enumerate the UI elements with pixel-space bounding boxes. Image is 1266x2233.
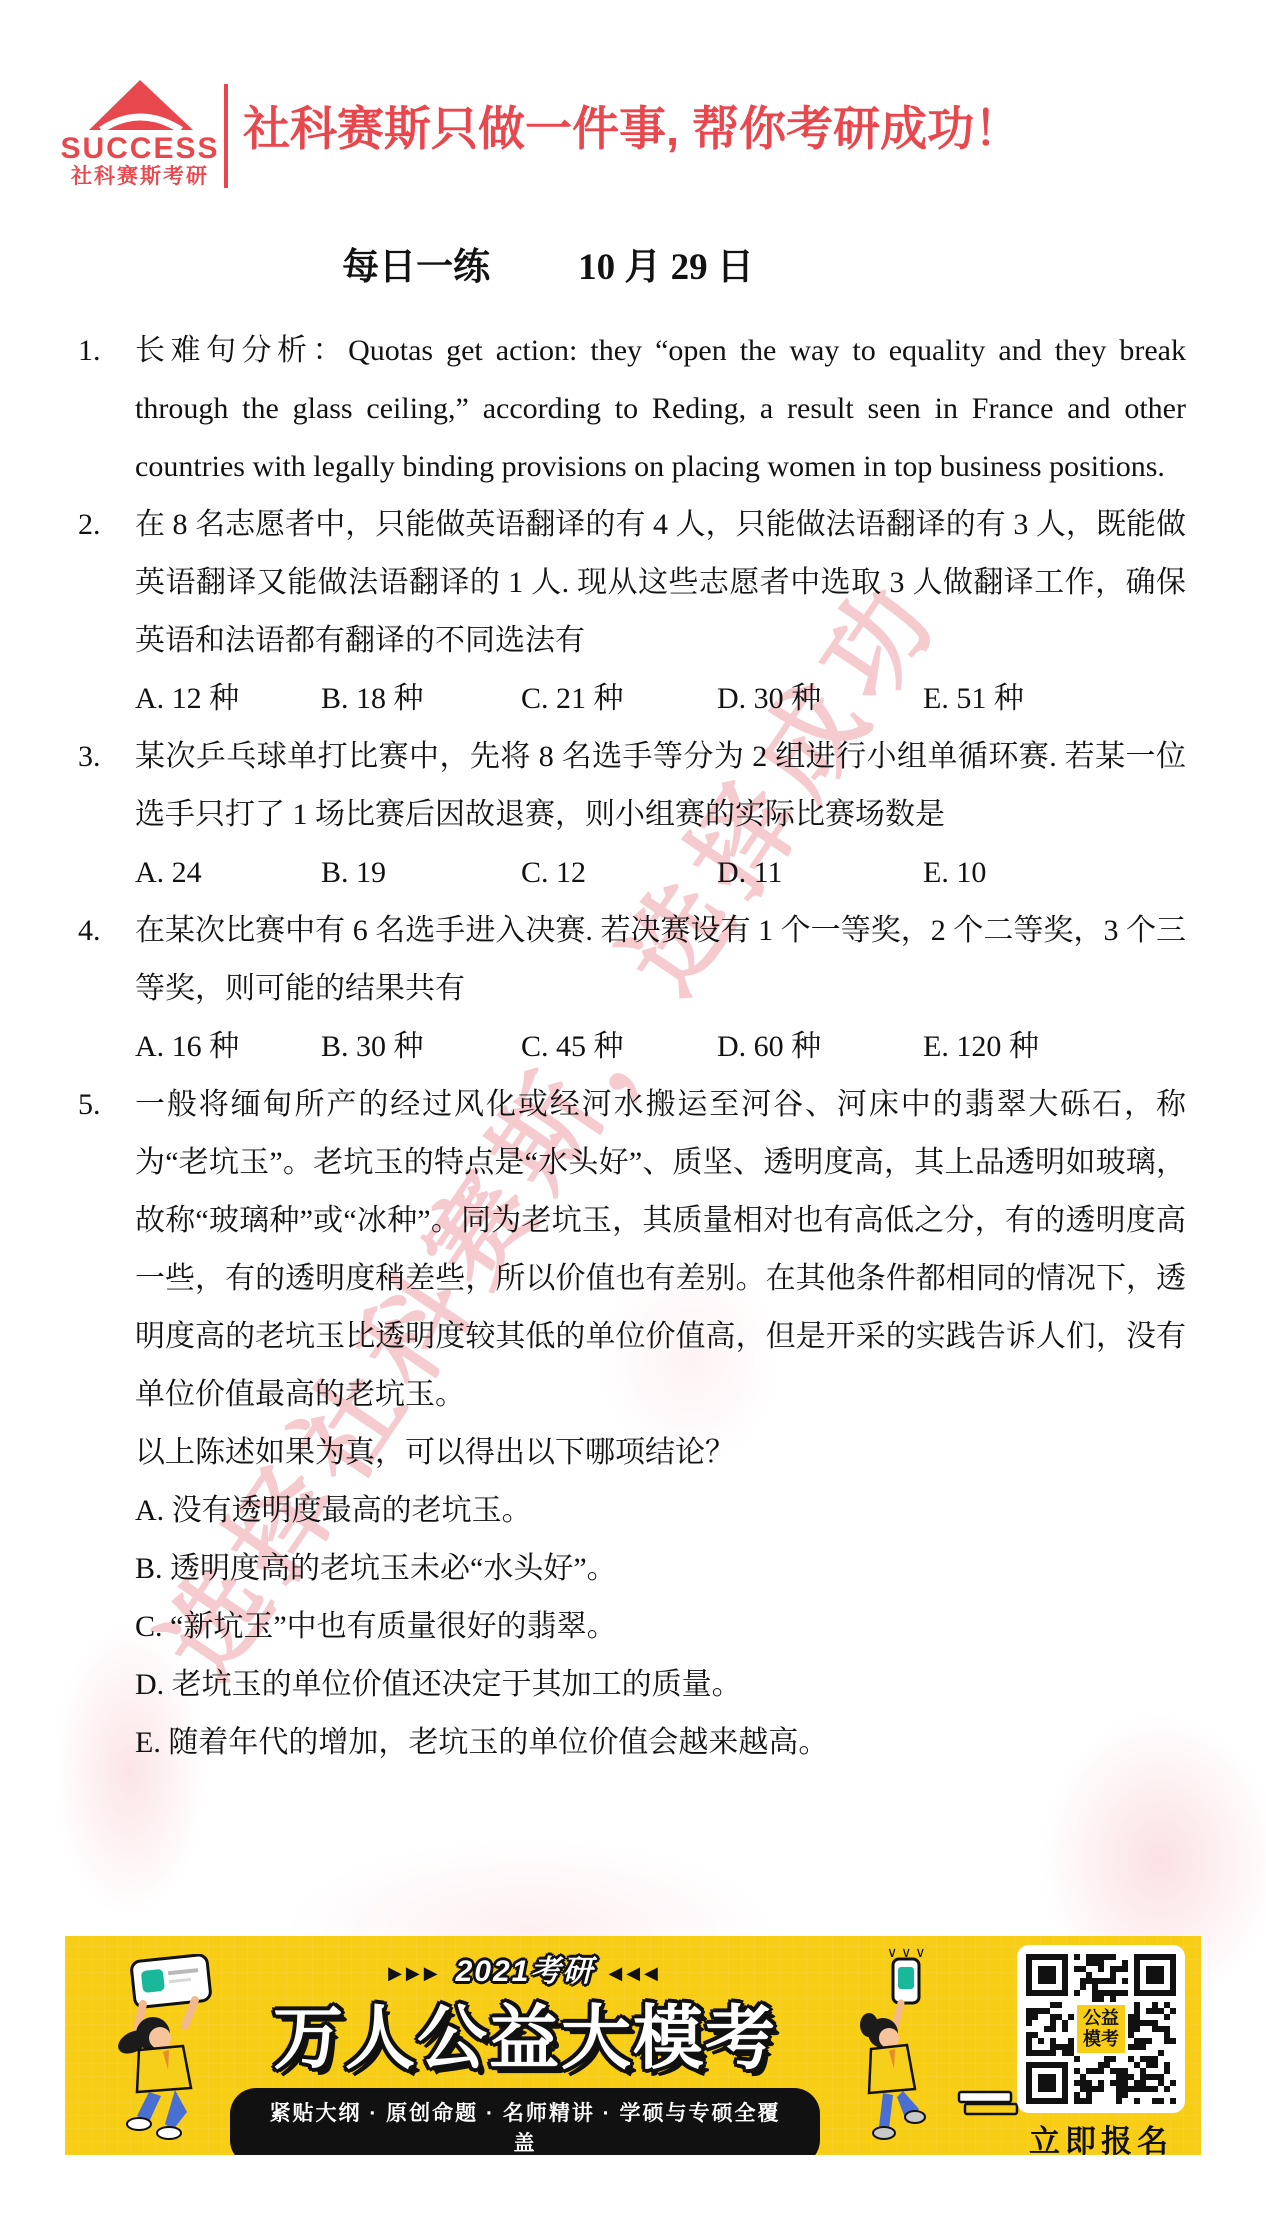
jumping-girl-illustration — [87, 1954, 237, 2140]
question-text: 在某次比赛中有 6 名选手进入决赛. 若决赛设有 1 个一等奖，2 个二等奖，3… — [135, 902, 1186, 1018]
banner-year-text: 2021考研 — [456, 1955, 595, 1988]
option-c: C. 21 种 — [521, 670, 717, 728]
banner-headline: 万人公益大模考 — [230, 1996, 820, 2080]
arrows-right-icon: ▶▶▶ — [374, 1963, 456, 1983]
banner-text-column: ▶▶▶2021考研◀◀◀ 万人公益大模考 紧贴大纲 · 原创命题 · 名师精讲 … — [230, 1946, 820, 2155]
page-title: 每日一练 10 月 29 日 — [0, 236, 1181, 290]
qr-label-line1: 公益 — [1083, 2008, 1119, 2029]
question-number: 3. — [78, 728, 135, 902]
page-title-date: 10 月 29 日 — [578, 236, 754, 290]
question-number: 2. — [78, 496, 135, 728]
options-row: A. 24 B. 19 C. 12 D. 11 E. 10 — [135, 844, 1186, 902]
question-3: 3. 某次乒乓球单打比赛中，先将 8 名选手等分为 2 组进行小组单循环赛. 若… — [78, 728, 1186, 902]
option-c: C. “新坑玉”中也有质量很好的翡翠。 — [135, 1598, 1186, 1656]
options-row: A. 12 种 B. 18 种 C. 21 种 D. 30 种 E. 51 种 — [135, 670, 1186, 728]
promo-banner-ad[interactable]: ▶▶▶2021考研◀◀◀ 万人公益大模考 紧贴大纲 · 原创命题 · 名师精讲 … — [65, 1936, 1201, 2155]
arrows-left-icon: ◀◀◀ — [594, 1963, 676, 1983]
option-a: A. 24 — [135, 844, 321, 902]
brand-logo: SUCCESS 社科赛斯考研 — [60, 74, 220, 190]
option-a: A. 12 种 — [135, 670, 321, 728]
options-row: A. 16 种 B. 30 种 C. 45 种 D. 60 种 E. 120 种 — [135, 1018, 1186, 1076]
banner-year-label: ▶▶▶2021考研◀◀◀ — [230, 1946, 820, 1990]
option-d: D. 老坑玉的单位价值还决定于其加工的质量。 — [135, 1656, 1186, 1714]
qr-label-line2: 模考 — [1083, 2029, 1119, 2050]
option-d: D. 30 种 — [717, 670, 923, 728]
option-d: D. 60 种 — [717, 1018, 923, 1076]
option-e: E. 120 种 — [923, 1018, 1186, 1076]
question-list: 1. 长难句分析：Quotas get action: they “open t… — [78, 322, 1186, 1772]
header-slogan: 社科赛斯只做一件事, 帮你考研成功！ — [243, 100, 1223, 158]
option-c: C. 12 — [521, 844, 717, 902]
page-title-left: 每日一练 — [342, 236, 490, 290]
question-number: 4. — [78, 902, 135, 1076]
question-text: 在 8 名志愿者中，只能做英语翻译的有 4 人，只能做法语翻译的有 3 人，既能… — [135, 496, 1186, 670]
books-illustration — [953, 2088, 1023, 2122]
phone-person-illustration: ∨ ∨ ∨ — [835, 1941, 965, 2141]
question-number: 5. — [78, 1076, 135, 1772]
header-divider — [224, 84, 228, 188]
question-text: 长难句分析：Quotas get action: they “open the … — [135, 322, 1186, 496]
banner-feature-pill: 紧贴大纲 · 原创命题 · 名师精讲 · 学硕与专硕全覆盖 — [230, 2088, 820, 2155]
question-5: 5. 一般将缅甸所产的经过风化或经河水搬运至河谷、河床中的翡翠大砾石，称为“老坑… — [78, 1076, 1186, 1772]
option-d: D. 11 — [717, 844, 923, 902]
option-e: E. 随着年代的增加，老坑玉的单位价值会越来越高。 — [135, 1714, 1186, 1772]
option-e: E. 51 种 — [923, 670, 1186, 728]
qr-center-label: 公益 模考 — [1077, 2005, 1125, 2053]
option-b: B. 透明度高的老坑玉未必“水头好”。 — [135, 1540, 1186, 1598]
question-1: 1. 长难句分析：Quotas get action: they “open t… — [78, 322, 1186, 496]
question-prompt: 以上陈述如果为真，可以得出以下哪项结论？ — [135, 1424, 1186, 1482]
brand-name: SUCCESS — [60, 134, 220, 164]
option-b: B. 19 — [321, 844, 521, 902]
qr-code[interactable]: 公益 模考 — [1017, 1945, 1185, 2113]
option-c: C. 45 种 — [521, 1018, 717, 1076]
question-number: 1. — [78, 322, 135, 496]
option-b: B. 18 种 — [321, 670, 521, 728]
question-4: 4. 在某次比赛中有 6 名选手进入决赛. 若决赛设有 1 个一等奖，2 个二等… — [78, 902, 1186, 1076]
brand-subtitle: 社科赛斯考研 — [60, 164, 220, 190]
question-text: 一般将缅甸所产的经过风化或经河水搬运至河谷、河床中的翡翠大砾石，称为“老坑玉”。… — [135, 1076, 1186, 1424]
signup-cta-button[interactable]: 立即报名 — [1017, 2116, 1185, 2155]
option-b: B. 30 种 — [321, 1018, 521, 1076]
document-page: SUCCESS 社科赛斯考研 社科赛斯只做一件事, 帮你考研成功！ 每日一练 1… — [0, 0, 1266, 2233]
mountain-logo-icon — [81, 74, 199, 134]
question-2: 2. 在 8 名志愿者中，只能做英语翻译的有 4 人，只能做法语翻译的有 3 人… — [78, 496, 1186, 728]
option-a: A. 没有透明度最高的老坑玉。 — [135, 1482, 1186, 1540]
option-e: E. 10 — [923, 844, 1186, 902]
option-a: A. 16 种 — [135, 1018, 321, 1076]
question-text: 某次乒乓球单打比赛中，先将 8 名选手等分为 2 组进行小组单循环赛. 若某一位… — [135, 728, 1186, 844]
